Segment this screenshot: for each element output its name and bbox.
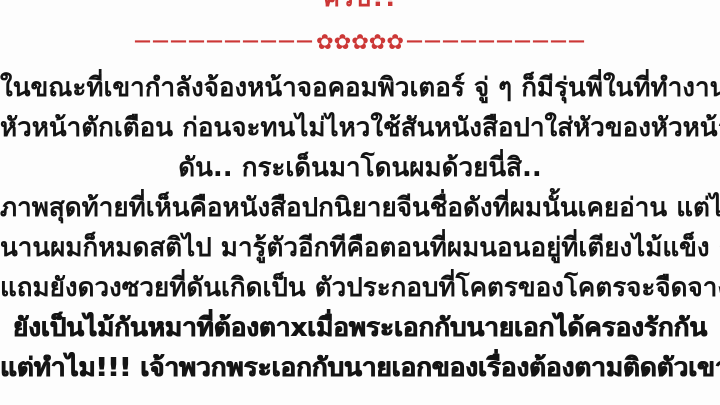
divider-right-dashes: —————————— bbox=[406, 33, 586, 50]
flower-divider: —————————— ✿✿✿✿✿ —————————— bbox=[0, 26, 720, 58]
story-line: ภาพสุดท้ายที่เห็นคือหนังสือปกนิยายจีนชื่… bbox=[0, 188, 720, 228]
story-line: ยังเป็นไม้กันหมาที่ต้องตาxเมื่อพระเอกกับ… bbox=[0, 308, 720, 348]
story-line: นานผมก็หมดสติไป มารู้ตัวอีกทีคือตอนที่ผม… bbox=[0, 228, 720, 268]
story-line: ในขณะที่เขากำลังจ้องหน้าจอคอมพิวเตอร์ จู… bbox=[0, 68, 720, 108]
florette-icons: ✿✿✿✿✿ bbox=[316, 32, 404, 53]
cutoff-red-heading: ครับ!! bbox=[0, 0, 720, 12]
story-line: หัวหน้าตักเตือน ก่อนจะทนไม่ไหวใช้สันหนัง… bbox=[0, 108, 720, 148]
story-line: แต่ทำไม!!! เจ้าพวกพระเอกกับนายเอกของเรื่… bbox=[0, 348, 720, 388]
story-page: ครับ!! —————————— ✿✿✿✿✿ —————————— ในขณะ… bbox=[0, 0, 720, 405]
story-text-block: ในขณะที่เขากำลังจ้องหน้าจอคอมพิวเตอร์ จู… bbox=[0, 68, 720, 388]
story-line: ดัน.. กระเด็นมาโดนผมด้วยนี่สิ.. bbox=[0, 148, 720, 188]
divider-left-dashes: —————————— bbox=[134, 33, 314, 50]
story-line: แถมยังดวงซวยที่ดันเกิดเป็น ตัวประกอบที่โ… bbox=[0, 268, 720, 308]
